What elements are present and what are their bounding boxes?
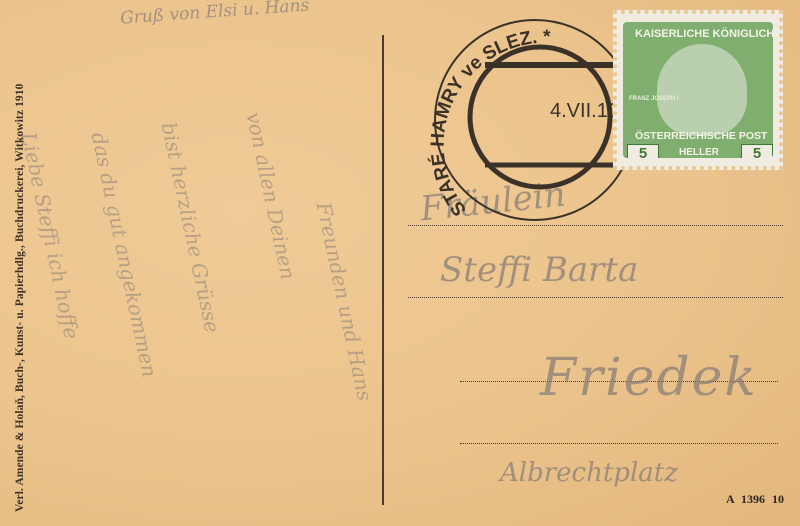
stamp-value-left: 5 [627,144,659,158]
stamp-value-label: HELLER [663,146,735,158]
message-header: Gruß von Elsi u. Hans [120,0,310,29]
address-line-4 [460,443,778,444]
postmark-ring-text: STARÉ HAMRY ve SLEZ. * [427,27,551,220]
handwritten-message-col-1: Liebe Steffi ich hoffe [17,130,84,341]
handwritten-message-col-4: von allen Deinen [242,110,301,282]
address-recipient-name: Steffi Barta [440,250,638,290]
stamp-portrait-caption: FRANZ JOSEPH I [629,96,679,102]
stamp-design: KAISERLICHE KÖNIGLICHE ÖSTERREICHISCHE P… [623,22,773,158]
stamp-value-right: 5 [741,144,773,158]
handwritten-message-col-5: Freunden und Hans [312,200,378,403]
stamp-top-inscription: KAISERLICHE KÖNIGLICHE [635,28,773,40]
postage-stamp: KAISERLICHE KÖNIGLICHE ÖSTERREICHISCHE P… [613,10,783,170]
handwritten-message-col-3: bist herzliche Grüsse [157,120,225,335]
postcard-back: Verl. Amende & Holaň, Buch-, Kunst- u. P… [0,0,800,526]
address-street: Albrechtplatz [500,458,678,488]
handwritten-message-col-2: das du gut angekommen [87,130,162,379]
stamp-bottom-inscription: ÖSTERREICHISCHE POST [635,130,767,142]
address-city: Friedek [540,348,758,408]
serial-number: A 1396 10 [726,492,784,507]
postmark-date: 4.VII.10 [550,100,619,122]
address-line-2 [408,297,783,298]
emperor-portrait [657,44,747,136]
